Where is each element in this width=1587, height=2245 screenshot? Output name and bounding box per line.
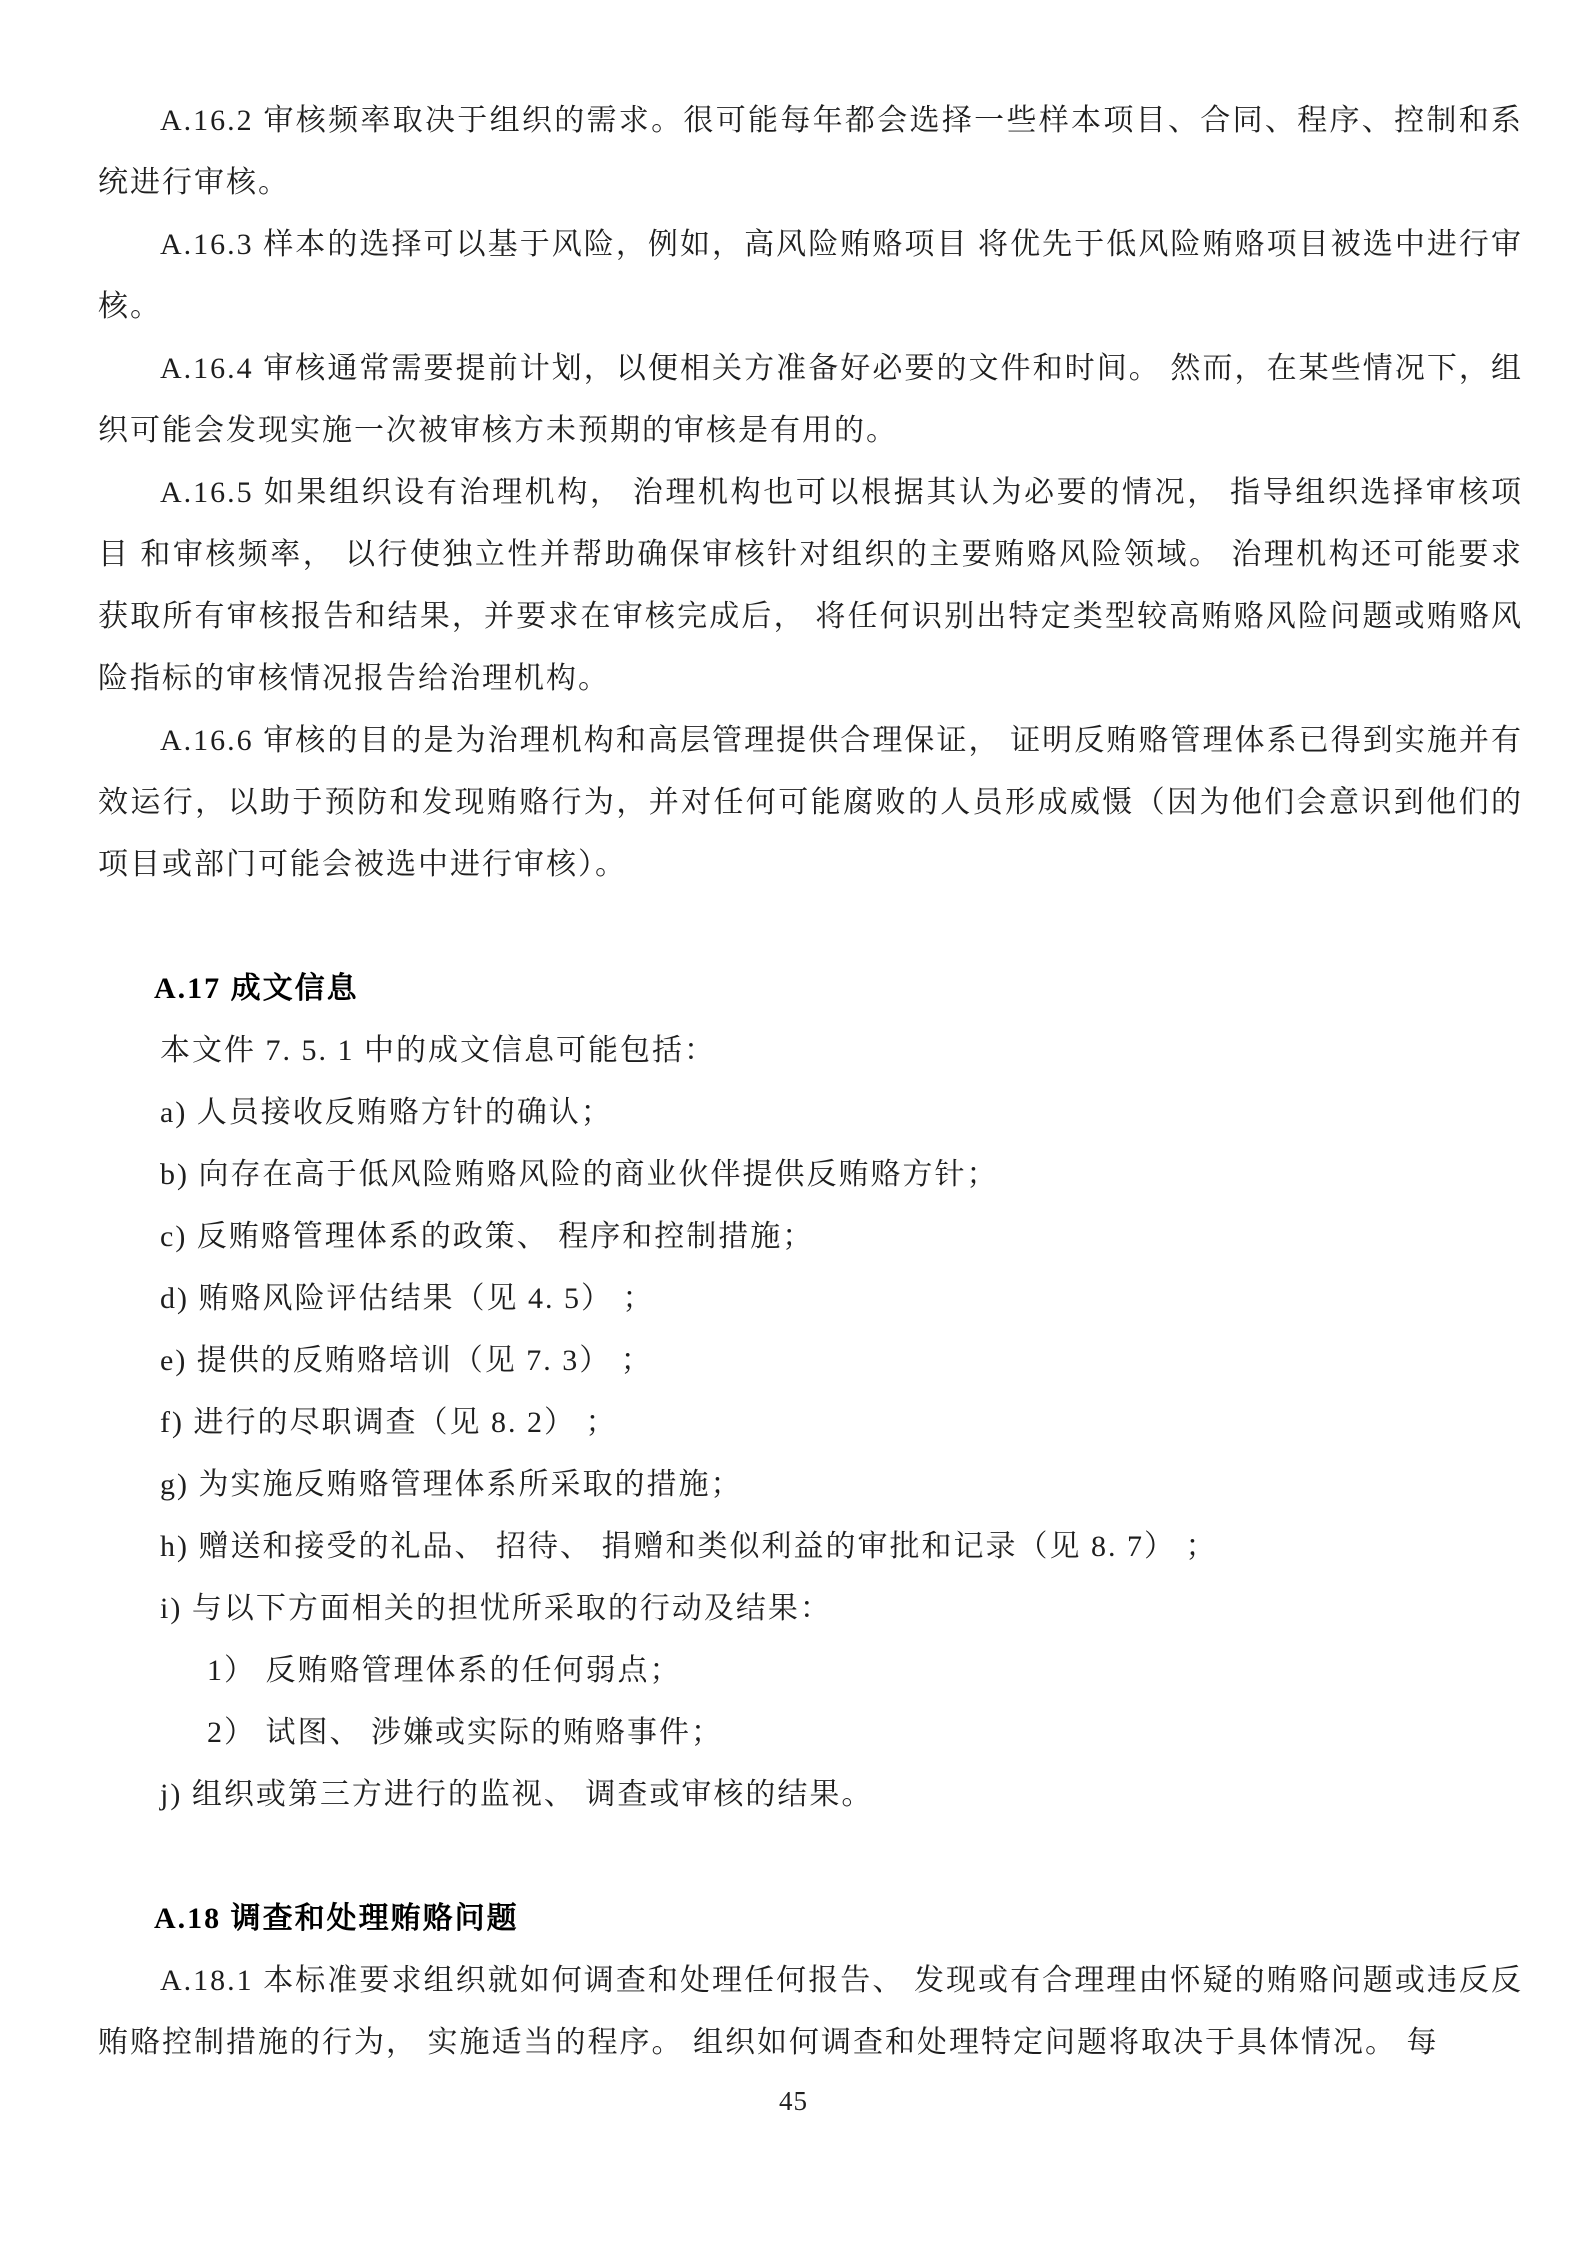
- paragraph-a17-intro: 本文件 7. 5. 1 中的成文信息可能包括：: [98, 1020, 1523, 1082]
- paragraph-a16-2: A.16.2 审核频率取决于组织的需求。很可能每年都会选择一些样本项目、合同、程…: [98, 90, 1523, 214]
- paragraph-a16-4: A.16.4 审核通常需要提前计划，以便相关方准备好必要的文件和时间。 然而，在…: [98, 338, 1523, 462]
- list-item-g: g) 为实施反贿赂管理体系所采取的措施；: [160, 1454, 1523, 1516]
- document-body: A.16.2 审核频率取决于组织的需求。很可能每年都会选择一些样本项目、合同、程…: [98, 90, 1523, 2074]
- list-item-e: e) 提供的反贿赂培训（见 7. 3） ；: [160, 1330, 1523, 1392]
- sub-list-item-1: 1） 反贿赂管理体系的任何弱点；: [207, 1640, 1523, 1702]
- paragraph-a16-6: A.16.6 审核的目的是为治理机构和高层管理提供合理保证， 证明反贿赂管理体系…: [98, 710, 1523, 896]
- page-number: 45: [0, 2086, 1587, 2117]
- list-item-f: f) 进行的尽职调查（见 8. 2） ；: [160, 1392, 1523, 1454]
- document-page: A.16.2 审核频率取决于组织的需求。很可能每年都会选择一些样本项目、合同、程…: [0, 0, 1587, 2245]
- sub-list-item-2: 2） 试图、 涉嫌或实际的贿赂事件；: [207, 1702, 1523, 1764]
- heading-a18: A.18 调查和处理贿赂问题: [98, 1888, 1523, 1950]
- paragraph-a18-1: A.18.1 本标准要求组织就如何调查和处理任何报告、 发现或有合理理由怀疑的贿…: [98, 1950, 1523, 2074]
- list-item-c: c) 反贿赂管理体系的政策、 程序和控制措施；: [160, 1206, 1523, 1268]
- list-item-b: b) 向存在高于低风险贿赂风险的商业伙伴提供反贿赂方针；: [160, 1144, 1523, 1206]
- list-item-h: h) 赠送和接受的礼品、 招待、 捐赠和类似利益的审批和记录（见 8. 7） ；: [160, 1516, 1523, 1578]
- paragraph-a16-5: A.16.5 如果组织设有治理机构， 治理机构也可以根据其认为必要的情况， 指导…: [98, 462, 1523, 710]
- list-item-i: i) 与以下方面相关的担忧所采取的行动及结果：: [160, 1578, 1523, 1640]
- list-item-j: j) 组织或第三方进行的监视、 调查或审核的结果。: [160, 1764, 1523, 1826]
- heading-a17: A.17 成文信息: [98, 958, 1523, 1020]
- paragraph-a16-3: A.16.3 样本的选择可以基于风险，例如，高风险贿赂项目 将优先于低风险贿赂项…: [98, 214, 1523, 338]
- list-item-a: a) 人员接收反贿赂方针的确认；: [160, 1082, 1523, 1144]
- list-item-d: d) 贿赂风险评估结果（见 4. 5） ；: [160, 1268, 1523, 1330]
